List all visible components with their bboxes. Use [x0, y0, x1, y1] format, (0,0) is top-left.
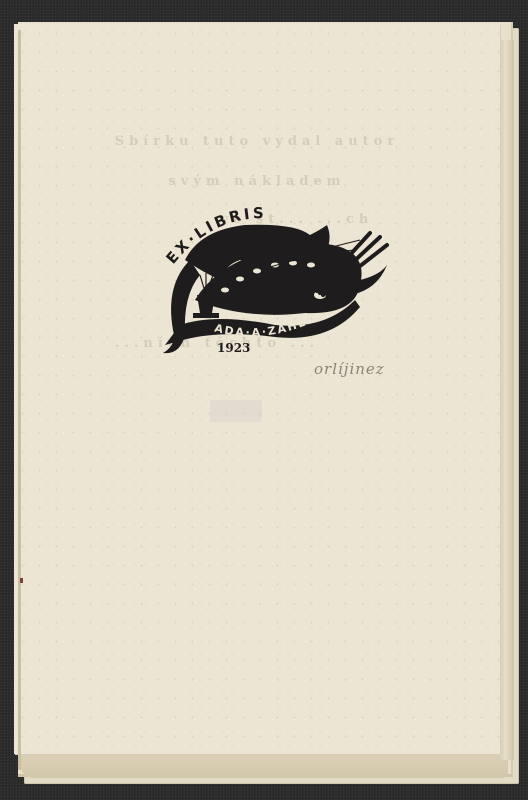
bleed-through-stamp — [210, 400, 262, 422]
handwritten-pencil-note: orlíjinez — [314, 360, 385, 378]
page-edge-right — [500, 40, 514, 760]
ex-libris-bookplate: EX·LIBRIS — [155, 195, 405, 365]
page-edge-left — [18, 30, 21, 770]
front-page: Sbírku tuto vydal autor svým nákladem ve… — [14, 24, 500, 754]
cat-palette-illustration-icon: EX·LIBRIS — [155, 195, 405, 365]
bleed-through-line-1: Sbírku tuto vydal autor — [14, 134, 500, 149]
red-mark — [20, 578, 23, 583]
bleed-through-line-2: svým nákladem — [14, 174, 500, 189]
year-label: 1923 — [217, 341, 250, 355]
